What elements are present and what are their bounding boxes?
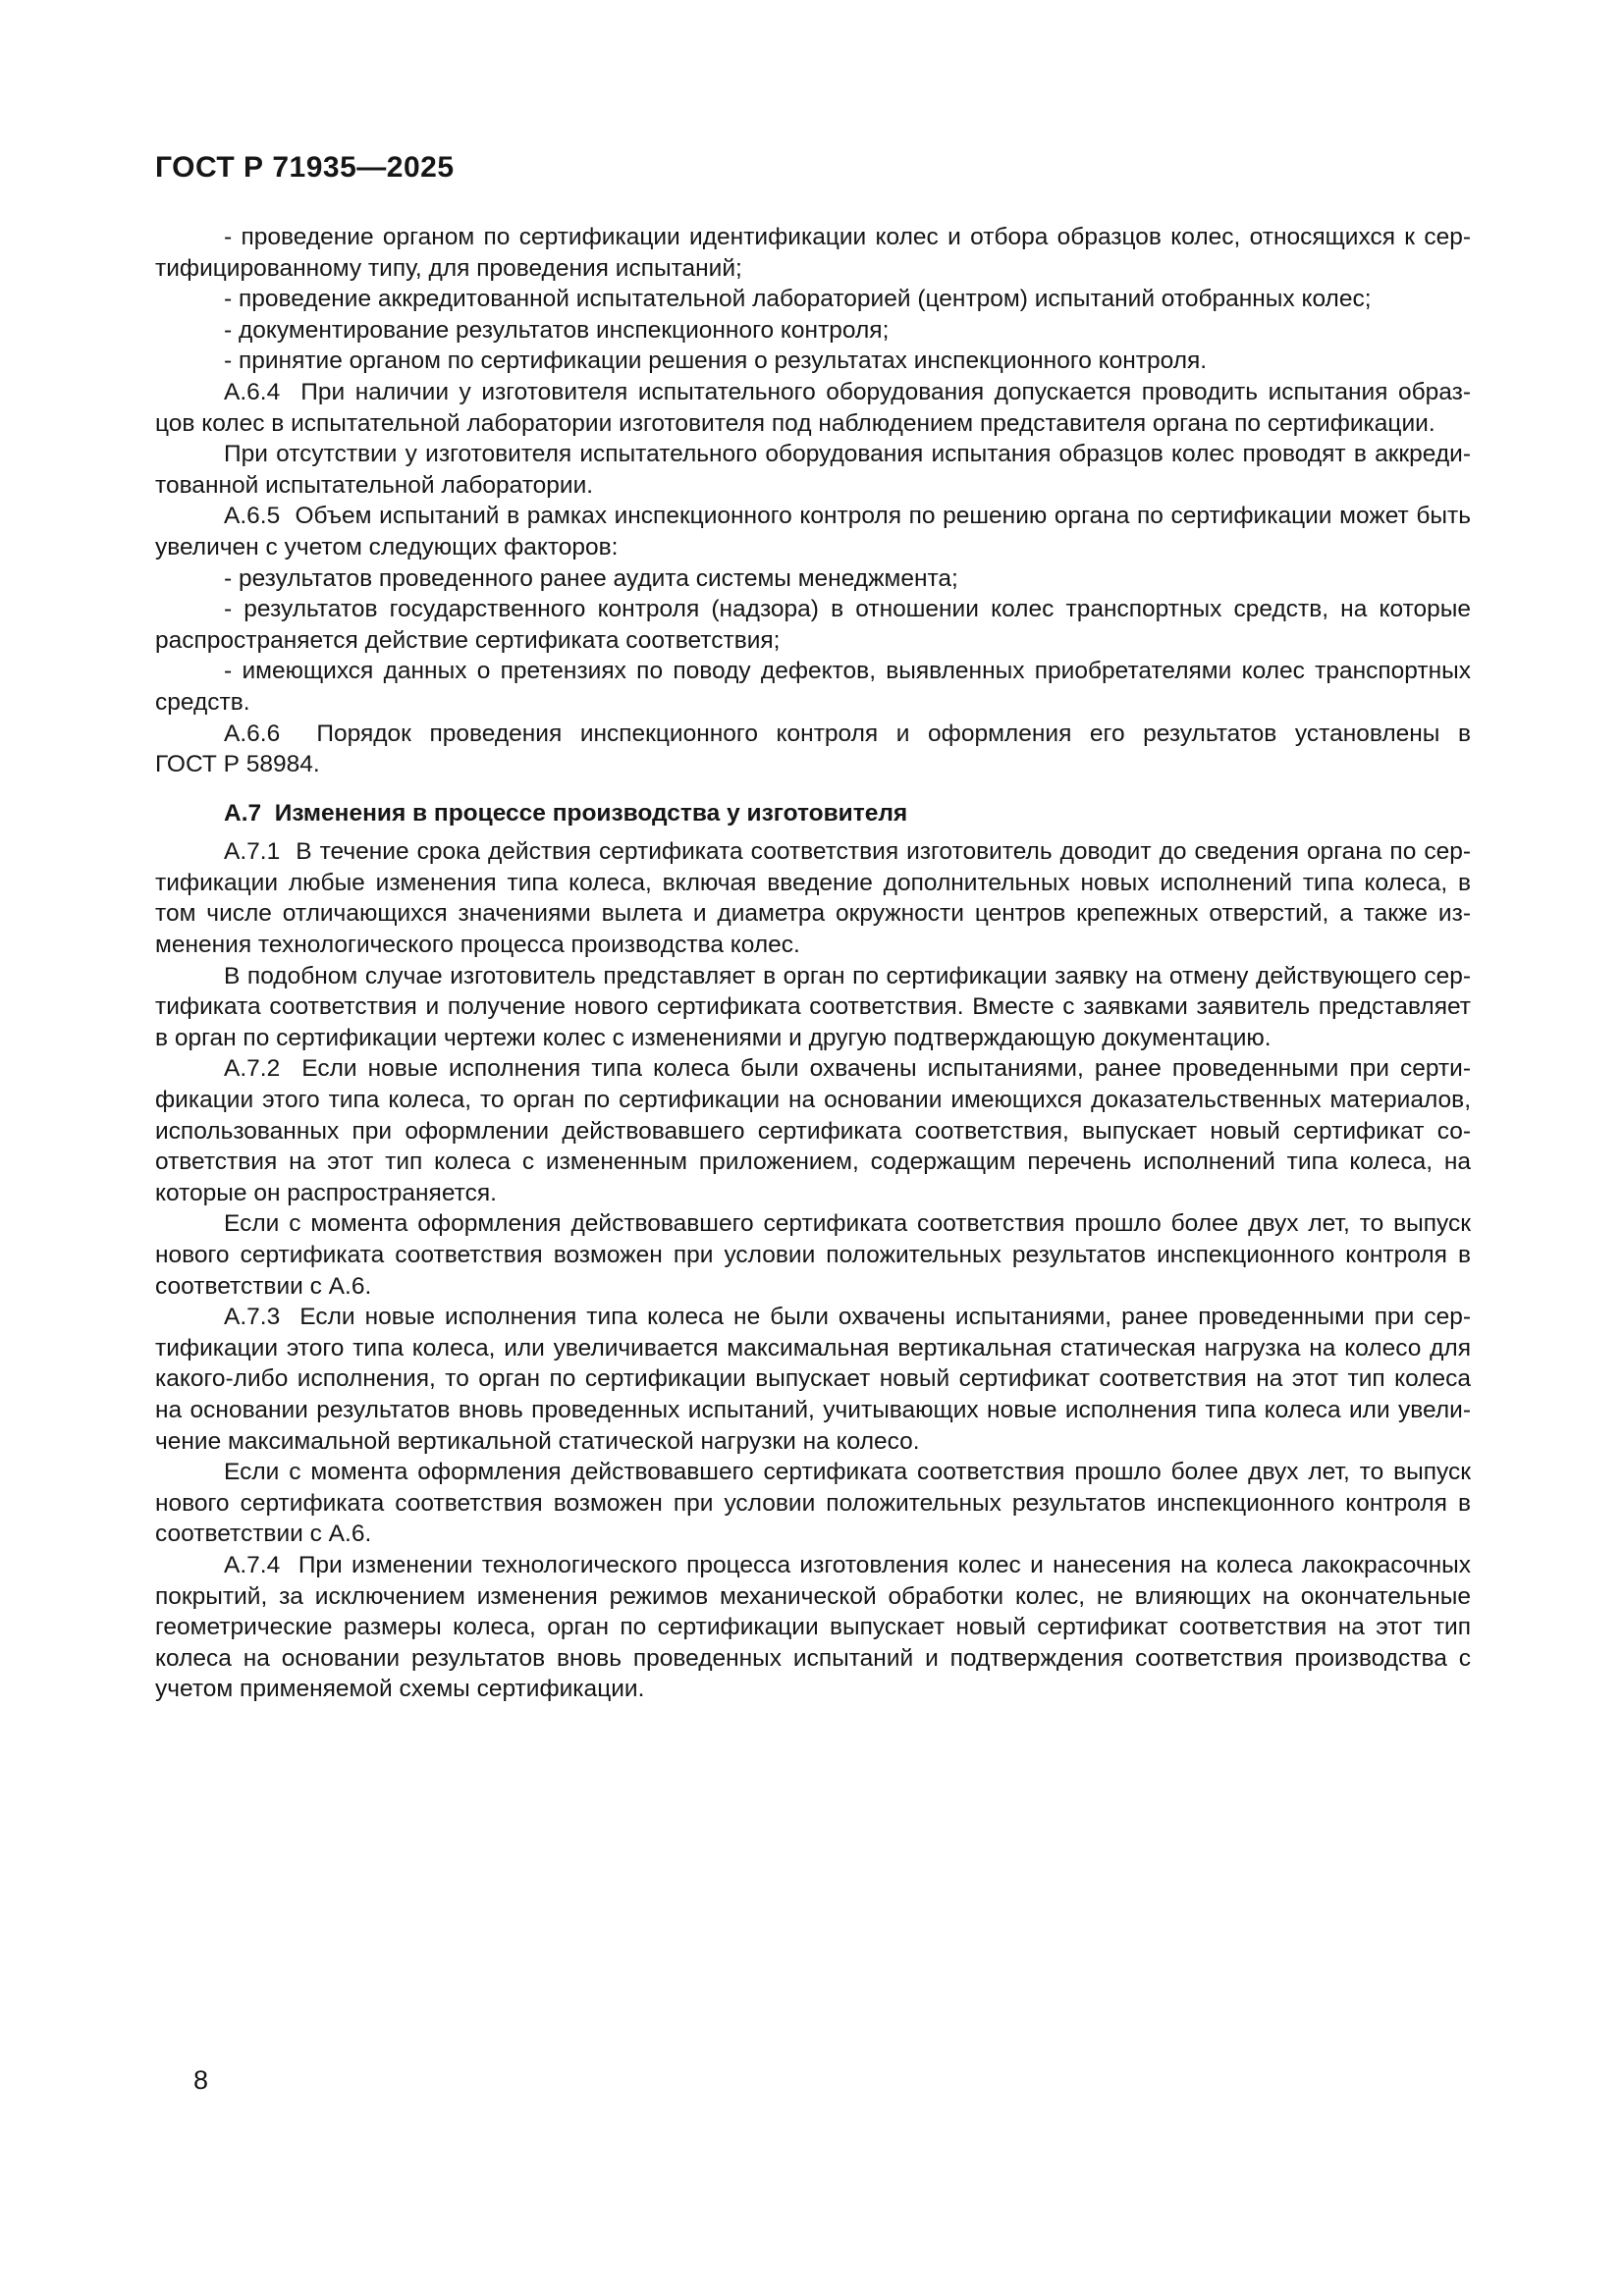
text-line: В подобном случае изготовитель представл… <box>155 961 1471 992</box>
paragraph: Если с момента оформления действовавшего… <box>155 1457 1471 1550</box>
text-line: распространяется действие сертификата со… <box>155 625 1471 657</box>
text-line: увеличен с учетом следующих факторов: <box>155 532 1471 563</box>
text-line: менения технологического процесса произв… <box>155 930 1471 961</box>
text-line: - результатов проведенного ранее аудита … <box>155 563 1471 595</box>
text-line: - результатов государственного контроля … <box>155 594 1471 625</box>
paragraph: А.6.5 Объем испытаний в рамках инспекцио… <box>155 501 1471 562</box>
text-line: А.7 Изменения в процессе производства у … <box>155 798 1471 829</box>
page: ГОСТ Р 71935—2025 - проведение органом п… <box>0 0 1624 2296</box>
text-line: При отсутствии у изготовителя испытатель… <box>155 439 1471 470</box>
text-line: А.6.5 Объем испытаний в рамках инспекцио… <box>155 501 1471 532</box>
text-line: соответствии с А.6. <box>155 1271 1471 1303</box>
text-line: тификации этого типа колеса, или увеличи… <box>155 1333 1471 1364</box>
text-line: на основании результатов вновь проведенн… <box>155 1395 1471 1426</box>
text-line: которые он распространяется. <box>155 1178 1471 1209</box>
text-line: - принятие органом по сертификации решен… <box>155 346 1471 377</box>
text-line: тификации любые изменения типа колеса, в… <box>155 868 1471 899</box>
paragraph: В подобном случае изготовитель представл… <box>155 961 1471 1054</box>
text-line: какого-либо исполнения, то орган по серт… <box>155 1363 1471 1395</box>
text-line: покрытий, за исключением изменения режим… <box>155 1581 1471 1613</box>
paragraph: - результатов проведенного ранее аудита … <box>155 563 1471 595</box>
text-line: том числе отличающихся значениями вылета… <box>155 898 1471 930</box>
paragraph: А.7.3 Если новые исполнения типа колеса … <box>155 1302 1471 1457</box>
text-line: использованных при оформлении действовав… <box>155 1116 1471 1148</box>
text-line: - имеющихся данных о претензиях по повод… <box>155 656 1471 687</box>
paragraph: А.6.6 Порядок проведения инспекционного … <box>155 719 1471 780</box>
paragraph: А.7.4 При изменении технологического про… <box>155 1550 1471 1705</box>
paragraph: При отсутствии у изготовителя испытатель… <box>155 439 1471 501</box>
text-line: цов колес в испытательной лаборатории из… <box>155 408 1471 440</box>
text-line: средств. <box>155 687 1471 719</box>
paragraph: - проведение органом по сертификации иде… <box>155 222 1471 284</box>
paragraph: - результатов государственного контроля … <box>155 594 1471 656</box>
text-line: колеса на основании результатов вновь пр… <box>155 1643 1471 1675</box>
text-line: А.7.2 Если новые исполнения типа колеса … <box>155 1053 1471 1085</box>
text-line: соответствии с А.6. <box>155 1519 1471 1550</box>
section-heading: А.7 Изменения в процессе производства у … <box>155 798 1471 829</box>
paragraph: - проведение аккредитованной испытательн… <box>155 284 1471 315</box>
paragraph: - принятие органом по сертификации решен… <box>155 346 1471 377</box>
text-line: тованной испытательной лаборатории. <box>155 470 1471 502</box>
text-line: - проведение аккредитованной испытательн… <box>155 284 1471 315</box>
text-line: тификата соответствия и получение нового… <box>155 991 1471 1023</box>
text-line: нового сертификата соответствия возможен… <box>155 1240 1471 1271</box>
text-line: учетом применяемой схемы сертификации. <box>155 1674 1471 1705</box>
text-line: А.6.4 При наличии у изготовителя испытат… <box>155 377 1471 408</box>
text-line: А.7.3 Если новые исполнения типа колеса … <box>155 1302 1471 1333</box>
page-number: 8 <box>193 2065 208 2096</box>
text-line: А.7.1 В течение срока действия сертифика… <box>155 836 1471 868</box>
text-line: - документирование результатов инспекцио… <box>155 315 1471 347</box>
text-line: чение максимальной вертикальной статичес… <box>155 1426 1471 1458</box>
paragraph: - документирование результатов инспекцио… <box>155 315 1471 347</box>
text-line: ответствия на этот тип колеса с измененн… <box>155 1147 1471 1178</box>
text-line: в орган по сертификации чертежи колес с … <box>155 1023 1471 1054</box>
text-line: - проведение органом по сертификации иде… <box>155 222 1471 253</box>
document-code: ГОСТ Р 71935—2025 <box>155 151 455 185</box>
paragraph: А.6.4 При наличии у изготовителя испытат… <box>155 377 1471 439</box>
text-line: А.7.4 При изменении технологического про… <box>155 1550 1471 1581</box>
text-line: Если с момента оформления действовавшего… <box>155 1208 1471 1240</box>
text-line: А.6.6 Порядок проведения инспекционного … <box>155 719 1471 750</box>
text-line: ГОСТ Р 58984. <box>155 749 1471 780</box>
document-body: - проведение органом по сертификации иде… <box>155 222 1471 1705</box>
paragraph: Если с момента оформления действовавшего… <box>155 1208 1471 1302</box>
text-line: тифицированному типу, для проведения исп… <box>155 253 1471 285</box>
text-line: фикации этого типа колеса, то орган по с… <box>155 1085 1471 1116</box>
text-line: геометрические размеры колеса, орган по … <box>155 1612 1471 1643</box>
text-line: Если с момента оформления действовавшего… <box>155 1457 1471 1488</box>
text-line: нового сертификата соответствия возможен… <box>155 1488 1471 1520</box>
paragraph: - имеющихся данных о претензиях по повод… <box>155 656 1471 718</box>
paragraph: А.7.1 В течение срока действия сертифика… <box>155 836 1471 960</box>
paragraph: А.7.2 Если новые исполнения типа колеса … <box>155 1053 1471 1208</box>
